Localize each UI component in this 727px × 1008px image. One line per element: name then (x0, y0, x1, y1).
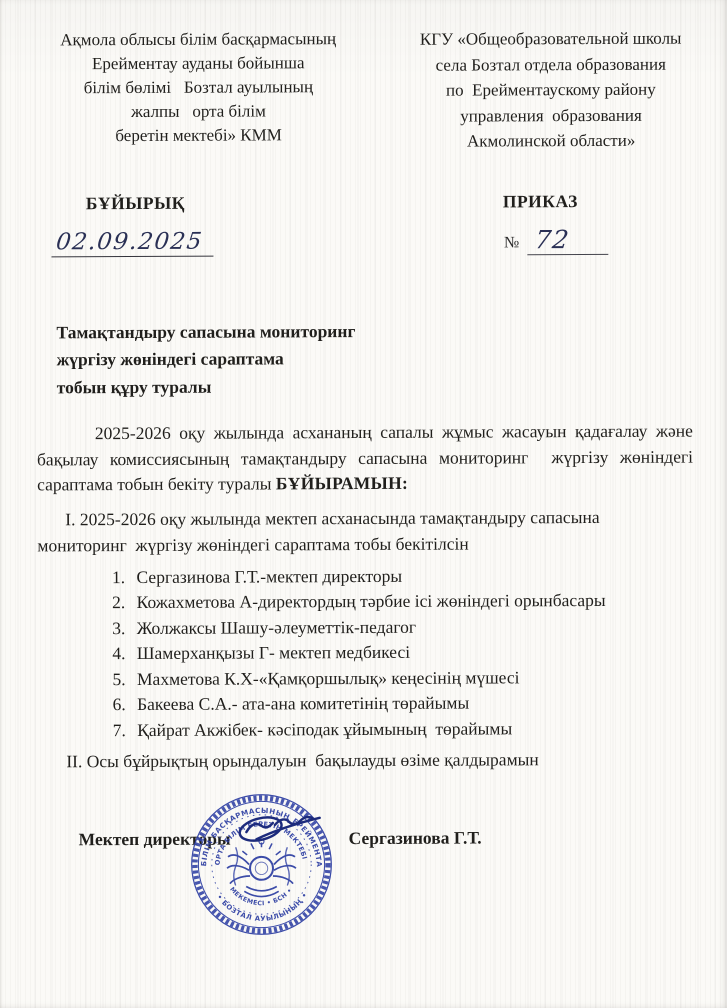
handwritten-date: 02.09.2025 (51, 228, 216, 257)
handwritten-number: 72 (527, 224, 611, 254)
scanned-order-document: Ақмола облысы білім басқармасының Ерейме… (0, 0, 727, 1008)
clause-2: II. Осы бұйрықтың орындалуын бақылауды ө… (38, 746, 692, 775)
list-item: Жолжаксы Шашу-әлеуметтік-педагог (130, 613, 727, 641)
subject-line: Тамақтандыру сапасына мониторинг (56, 316, 727, 346)
signer-name: Сергазинова Г.Т. (349, 827, 482, 849)
letterhead: Ақмола облысы білім басқармасының Ерейме… (0, 0, 727, 156)
order-title-kazakh: БҰЙЫРЫҚ (86, 192, 185, 213)
letterhead-kk-line: жалпы орта білім (24, 99, 372, 125)
letterhead-russian: КГУ «Общеобразовательной школы села Бозт… (372, 25, 722, 154)
expert-group-list: Сергазинова Г.Т.-мектеп директоры Кожахм… (2, 562, 727, 744)
list-item: Сергазинова Г.Т.-мектеп директоры (129, 562, 727, 590)
document-content: Ақмола облысы білім басқармасының Ерейме… (0, 0, 727, 851)
order-title-row: БҰЙЫРЫҚ ПРИКАЗ (1, 190, 727, 214)
order-title-russian: ПРИКАЗ (503, 191, 578, 212)
number-sign: № (504, 234, 519, 255)
letterhead-kk-line: Ақмола облысы білім басқармасының (24, 27, 372, 53)
letterhead-ru-line: КГУ «Общеобразовательной школы (380, 25, 721, 52)
list-item: Қайрат Акжібек- кәсіподак ұйымының төрай… (130, 715, 727, 743)
letterhead-kazakh: Ақмола облысы білім басқармасының Ерейме… (24, 27, 373, 156)
subject-line: тобын құру туралы (57, 371, 727, 401)
signature-row: Мектеп директоры Сергазинова Г.Т. (79, 826, 727, 850)
list-item: Шамерханқызы Г- мектеп медбикесі (130, 638, 727, 666)
signature-autograph (226, 804, 338, 852)
order-number: № 72 (504, 224, 610, 254)
preamble-paragraph: 2025-2026 оқу жылында асхананың сапалы ж… (37, 419, 693, 498)
letterhead-kk-line: беретін мектебі» КММ (25, 123, 373, 149)
letterhead-ru-line: управления образования (380, 102, 721, 129)
clause-1: I. 2025-2026 оқу жылында мектеп асханасы… (37, 503, 691, 558)
date-number-row: 02.09.2025 № 72 (1, 224, 727, 257)
letterhead-kk-line: білім бөлімі Бозтал ауылының (24, 75, 372, 101)
letterhead-kk-line: Ерейментау ауданы бойынша (24, 51, 372, 77)
list-item: Махметова К.Х-«Қамқоршылық» кеңесінің мү… (130, 664, 727, 692)
resolve-word: БҰЙЫРАМЫН: (276, 473, 408, 494)
autograph-strokes (237, 813, 319, 844)
letterhead-ru-line: по Ерейментаускому району (380, 76, 721, 103)
letterhead-ru-line: села Бозтал отдела образования (380, 51, 721, 78)
list-item: Бакеева С.А.- ата-ана комитетінің төрайы… (130, 689, 727, 717)
list-item: Кожахметова А-директордың тәрбие ісі жөн… (130, 587, 727, 615)
letterhead-ru-line: Акмолинской области» (381, 127, 722, 154)
order-subject: Тамақтандыру сапасына мониторинг жүргізу… (56, 316, 727, 401)
subject-line: жүргізу жөніндегі сараптама (57, 343, 727, 373)
